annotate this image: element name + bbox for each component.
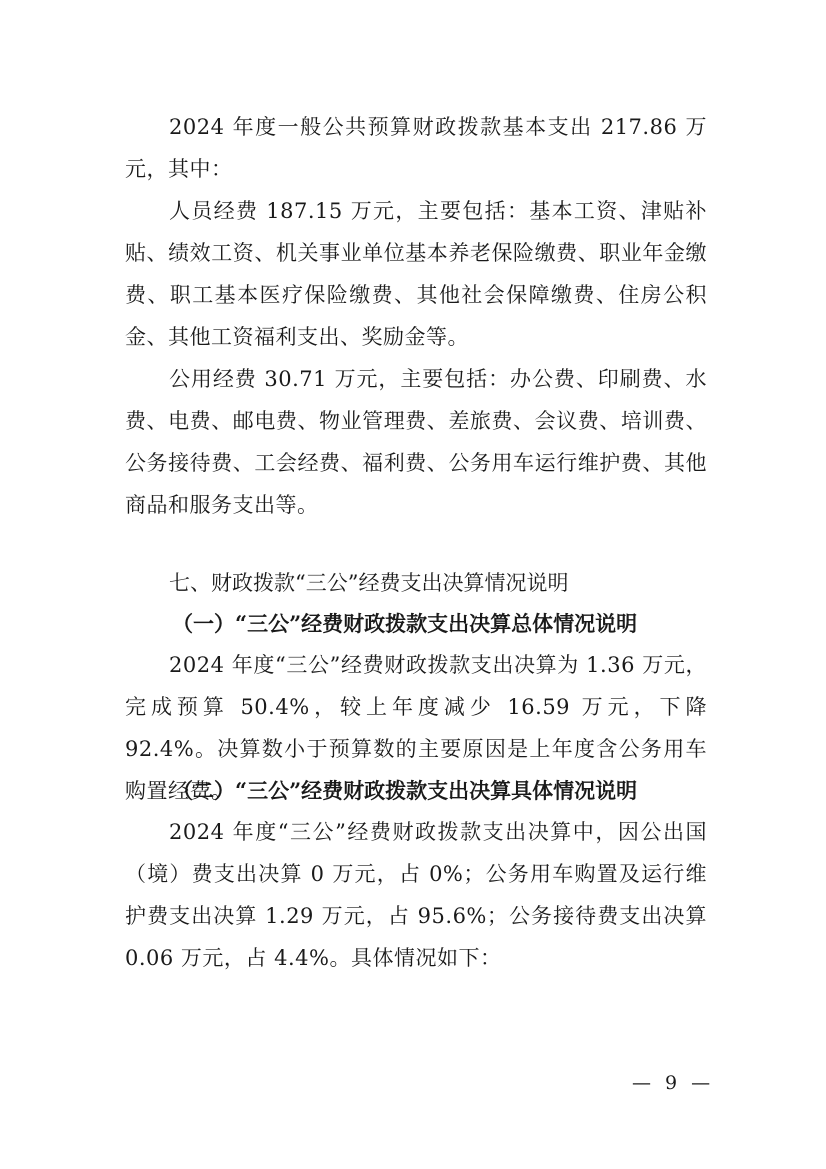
document-page: 2024 年度一般公共预算财政拨款基本支出 217.86 万元，其中： 人员经费… <box>0 0 826 1169</box>
paragraph-personnel-expenses: 人员经费 187.15 万元，主要包括：基本工资、津贴补贴、绩效工资、机关事业单… <box>125 190 707 358</box>
subsection-1-title: （一）“三公”经费财政拨款支出决算总体情况说明 <box>172 604 637 644</box>
section-heading: 七、财政拨款“三公”经费支出决算情况说明 <box>169 563 568 603</box>
paragraph-public-expenses: 公用经费 30.71 万元，主要包括：办公费、印刷费、水费、电费、邮电费、物业管… <box>125 358 707 526</box>
subsection-2-title: （二）“三公”经费财政拨款支出决算具体情况说明 <box>172 771 637 811</box>
subsection-2-body: 2024 年度“三公”经费财政拨款支出决算中，因公出国（境）费支出决算 0 万元… <box>125 811 707 979</box>
page-number: — 9 — <box>632 1072 714 1094</box>
paragraph-basic-expenditure: 2024 年度一般公共预算财政拨款基本支出 217.86 万元，其中： <box>125 106 707 190</box>
